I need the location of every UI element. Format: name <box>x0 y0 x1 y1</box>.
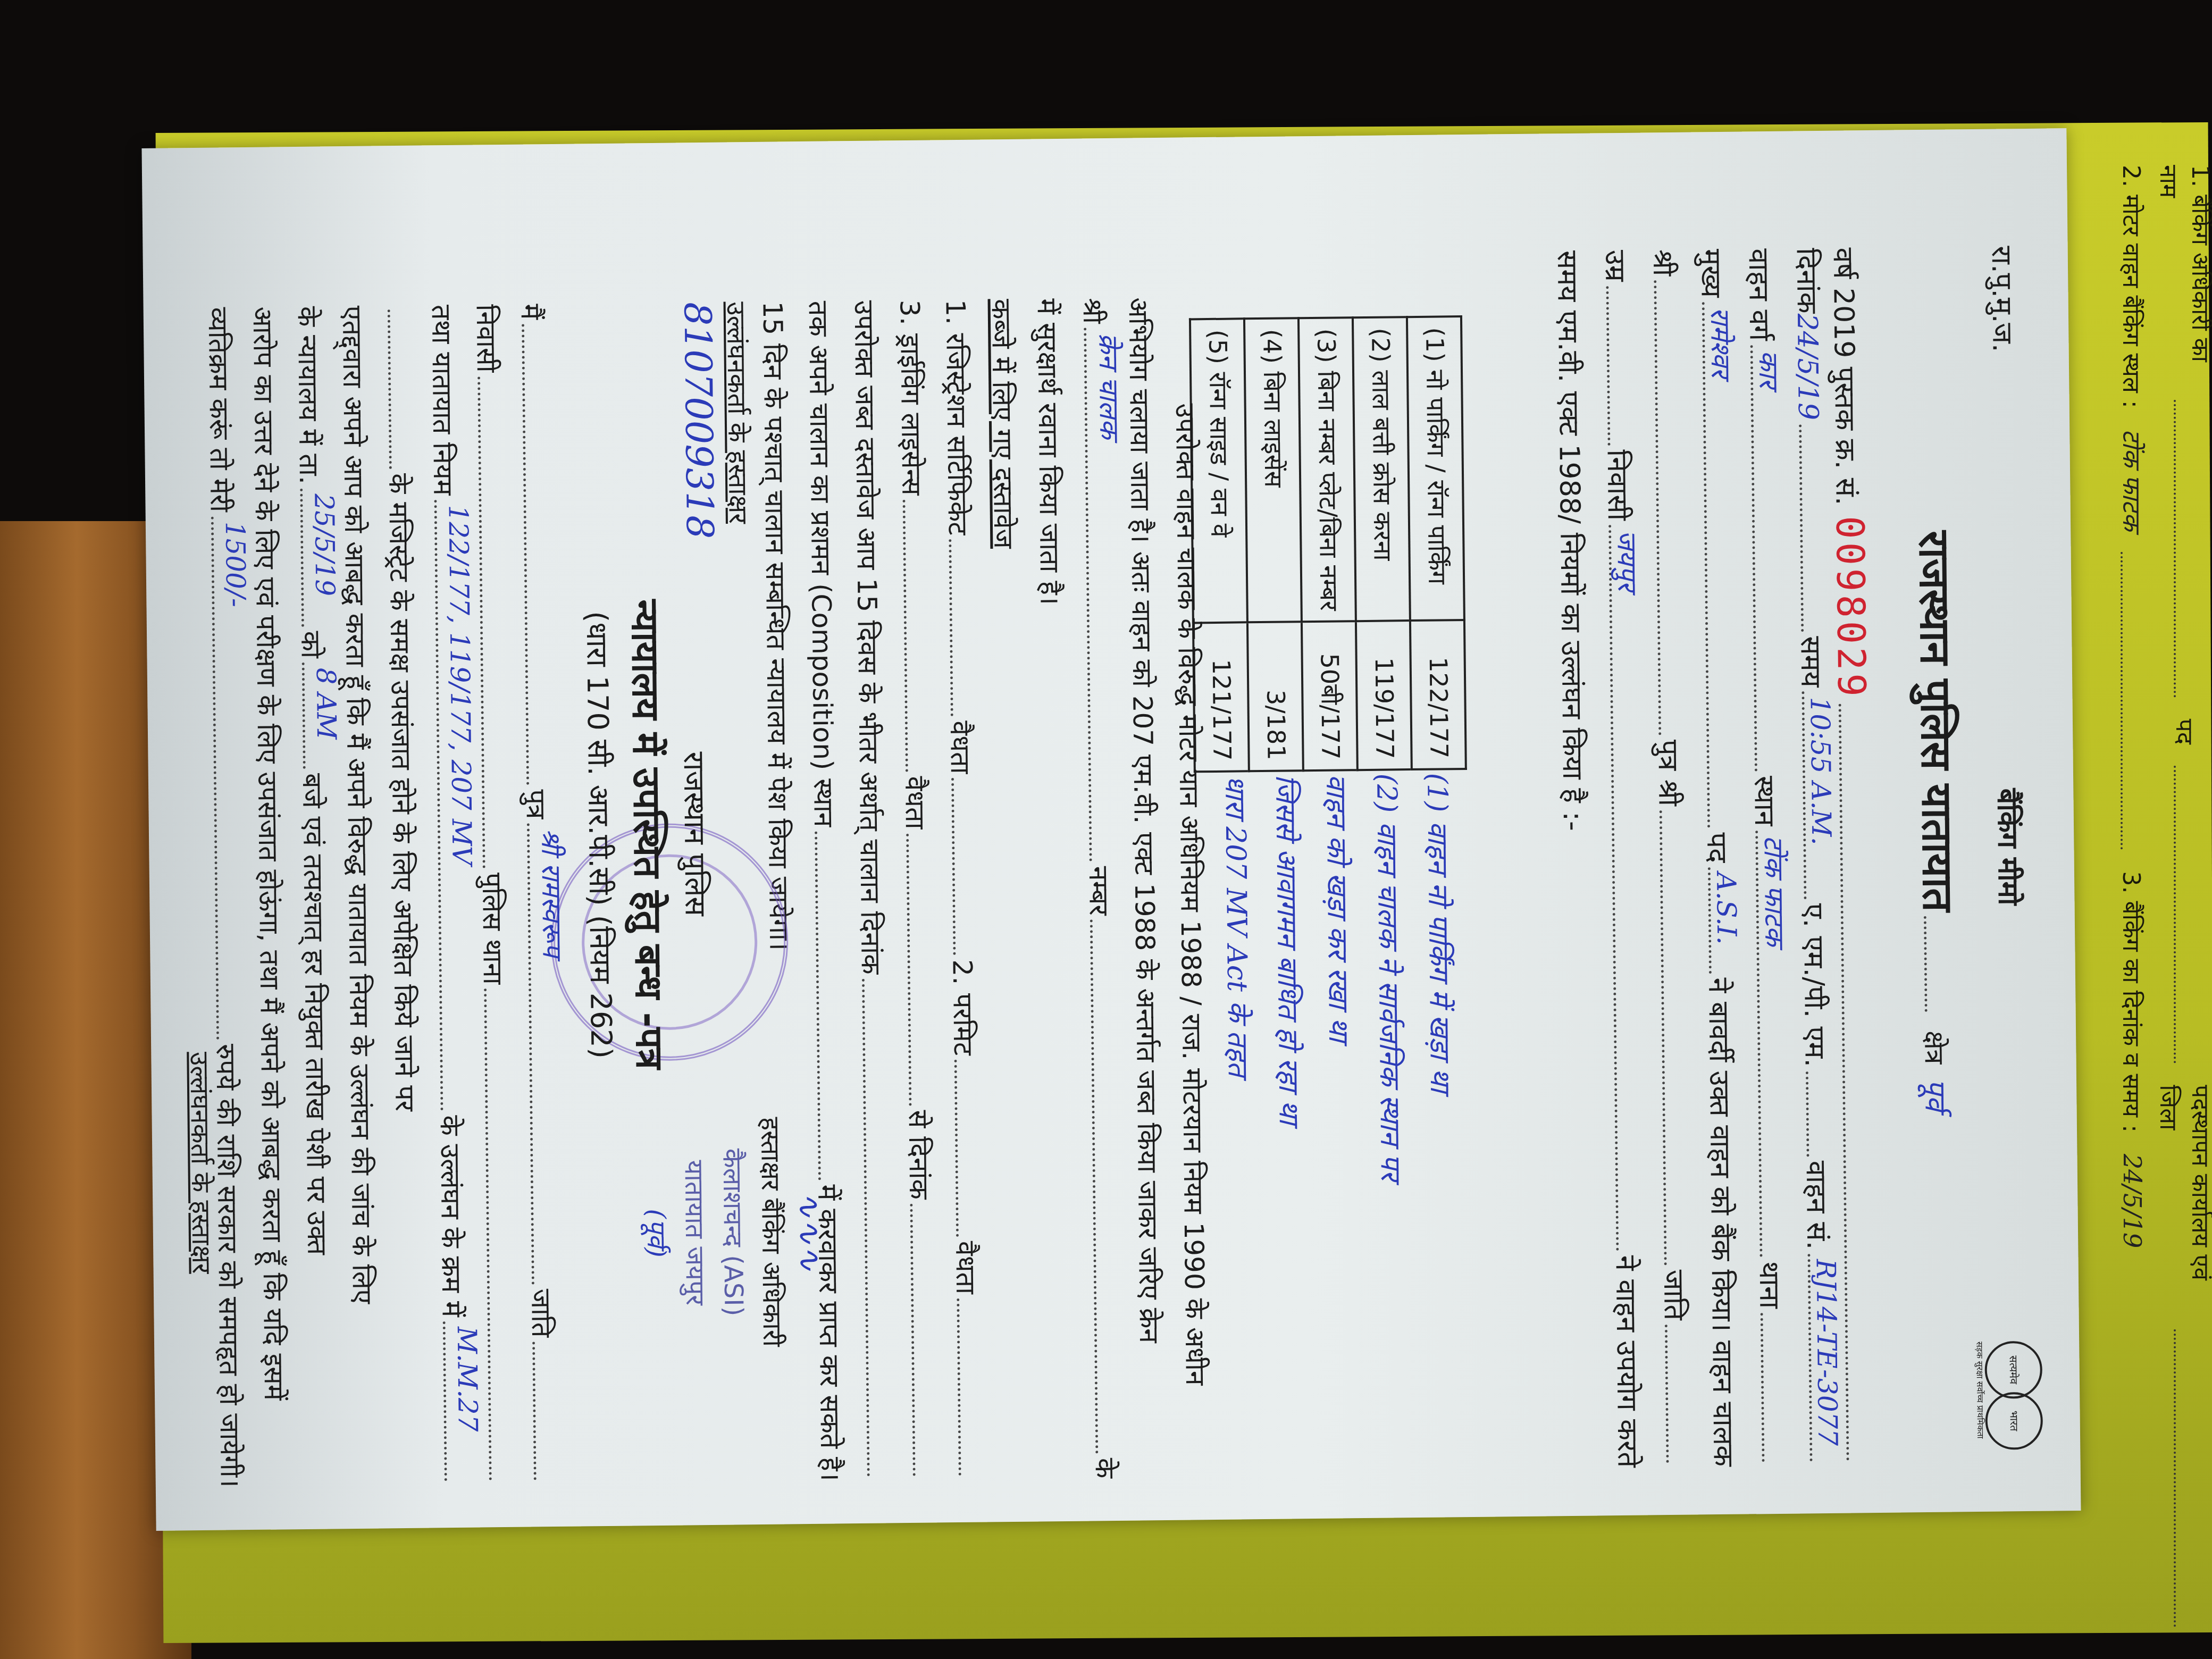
form-code: रा.पु.मु.ज. <box>1984 246 2020 353</box>
date-value: 24/5/19 <box>1789 313 1825 420</box>
bond-paragraph: मैं पुत्रश्री रामस्वरूप जाति निवासी पुलि… <box>196 304 565 1488</box>
vehicle-row: वाहन वर्ग कार स्थान टोंक फाटक थाना <box>1741 248 1788 1467</box>
violation-label: (3) बिना नम्बर प्लेट/बिना नम्बर <box>1298 317 1356 622</box>
resident-row: उम्र निवासी जयपुर ने वाहन उपयोग करते <box>1597 250 1645 1468</box>
violation-label: (4) बिना लाइसेंस <box>1244 318 1302 622</box>
strip-line-1: 1. बैंकिंग अधिकारी का नाम पद पदस्थापन का… <box>2159 85 2212 1627</box>
driver-row: श्री पुत्र श्री जाति <box>1645 249 1692 1468</box>
violation-row: (2) लाल बत्ती क्रोस करना119/177 <box>1353 317 1412 770</box>
violation-section: 122/177 <box>1410 620 1466 769</box>
violation-label: (1) नो पार्किंग / रॉन्ग पार्किंग <box>1407 316 1464 621</box>
folder-strip: 1. बैंकिंग अधिकारी का नाम पद पदस्थापन का… <box>2058 85 2212 1627</box>
violator-signature-label: उल्लंघनकर्ता के हस्ताक्षर <box>717 301 758 539</box>
officer-row: मुख्य रामेश्वर पद A.S.I. ने बावर्दी उक्त… <box>1693 249 1740 1467</box>
banking-date-value: 24/5/19 <box>2118 1154 2147 1248</box>
violation-intro: समय एम.वी. एक्ट 1988/ नियमों का उल्लंघन … <box>1549 250 1597 1516</box>
page-title: राजस्थान पुलिस यातायात क्षेत्र पूर्व <box>1903 129 1970 1512</box>
violation-section: 50बी/177 <box>1302 621 1358 770</box>
officer-signature-label: हस्ताक्षर बैंकिंग अधिकारी <box>750 1045 792 1418</box>
violation-notes: (1) वाहन नो पार्किंग में खड़ा था(2) वाहन… <box>1209 773 1469 1467</box>
final-violator-signature-label: उल्लंघनकर्ता के हस्ताक्षर <box>183 1052 217 1274</box>
violation-row: (4) बिना लाइसेंस3/181 <box>1244 318 1303 771</box>
violation-label: (2) लाल बत्ती क्रोस करना <box>1353 317 1410 621</box>
police-logo: सत्यमेव भारत सड़क सुरक्षा सर्वोच्च प्राथ… <box>1983 1341 2043 1448</box>
bond-subtitle: (धारा 170 सी. आर.पी.सी) (नियम 262) <box>574 144 624 1527</box>
violation-note: (1) वाहन नो पार्किंग में खड़ा था <box>1411 773 1469 1464</box>
office-label: पदस्थापन कार्यालय एवं जिला <box>2154 1085 2212 1308</box>
violation-row: (1) नो पार्किंग / रॉन्ग पार्किंग122/177 <box>1407 316 1466 769</box>
post-label: पद <box>2169 719 2201 744</box>
violation-section: 3/181 <box>1247 622 1303 771</box>
violation-section: 119/177 <box>1356 621 1412 770</box>
emblem-icon: सत्यमेव <box>1984 1341 2042 1399</box>
banking-date-label: 3. बैंकिंग का दिनांक व समय : <box>2116 871 2148 1132</box>
violation-note: (2) वाहन चालक ने सार्वजनिक स्थान पर <box>1361 773 1419 1465</box>
banking-place-value: टोंक फाटक <box>2116 430 2149 531</box>
serial-number: 0098029 <box>1826 516 1876 700</box>
violation-note: जिससे आवागमन बाधित हो रहा था <box>1260 774 1318 1466</box>
challan-document: रा.पु.मु.ज. बैंकिंग मीमो सत्यमेव भारत सड… <box>141 128 2081 1531</box>
violation-note: वाहन को खड़ा कर रखा था <box>1310 774 1368 1465</box>
banking-place-label: 2. मोटर वाहन बैंकिंग स्थल : <box>2116 165 2148 408</box>
banking-officer-label: 1. बैंकिंग अधिकारी का नाम <box>2154 165 2212 379</box>
challan-paper: रा.पु.मु.ज. बैंकिंग मीमो सत्यमेव भारत सड… <box>141 128 2081 1531</box>
violation-row: (3) बिना नम्बर प्लेट/बिना नम्बर50बी/177 <box>1298 317 1358 770</box>
traffic-icon: भारत <box>1985 1392 2043 1450</box>
document-header: रा.पु.मु.ज. बैंकिंग मीमो सत्यमेव भारत सड… <box>1972 246 2043 1448</box>
violations-table: (1) नो पार्किंग / रॉन्ग पार्किंग122/177(… <box>1189 315 1467 773</box>
bond-title: न्यायालय में उपस्थित हेतु बन्ध -पत्र <box>616 143 677 1526</box>
strip-line-2: 2. मोटर वाहन बैंकिंग स्थल : टोंक फाटक 3.… <box>2106 85 2159 1627</box>
memo-label: बैंकिंग मीमो <box>1990 788 2025 905</box>
vehicle-number: RJ14-TE-3077 <box>1809 1259 1845 1446</box>
